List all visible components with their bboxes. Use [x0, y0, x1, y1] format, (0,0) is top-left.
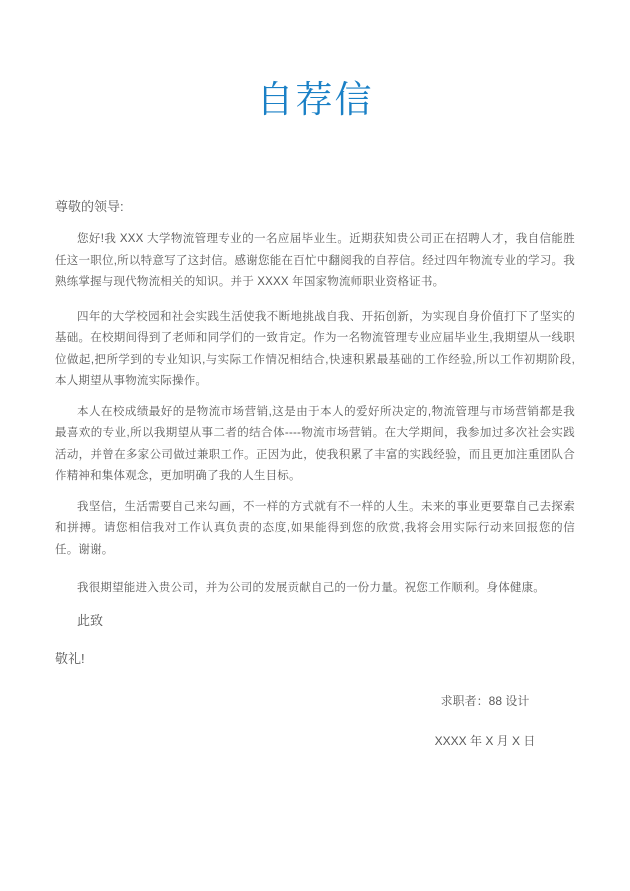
letter-paragraph-conviction: 我坚信，生活需要自己来勾画，不一样的方式就有不一样的人生。未来的事业更要靠自己去… [55, 497, 575, 562]
signature-date: XXXX 年 X 月 X 日 [395, 733, 575, 749]
letter-paragraph-marketing-strength: 本人在校成绩最好的是物流市场营销,这是由于本人的爱好所决定的,物流管理与市场营销… [55, 402, 575, 488]
letter-paragraph-wish: 我很期望能进入贵公司，并为公司的发展贡献自己的一份力量。祝您工作顺利。身体健康。 [55, 578, 575, 600]
letter-paragraph-intro: 您好!我 XXX 大学物流管理专业的一名应届毕业生。近期获知贵公司正在招聘人才，… [55, 229, 575, 294]
closing-respectfully: 此致 [55, 612, 575, 630]
closing-salute: 敬礼! [55, 650, 575, 668]
letter-paragraph-campus-experience: 四年的大学校园和社会实践生活使我不断地挑战自我、开拓创新，为实现自身价值打下了坚… [55, 307, 575, 393]
salutation: 尊敬的领导: [55, 198, 575, 216]
signature-block: 求职者：88 设计 XXXX 年 X 月 X 日 [395, 693, 575, 749]
letter-page: 自荐信 尊敬的领导: 您好!我 XXX 大学物流管理专业的一名应届毕业生。近期获… [0, 0, 630, 891]
signature-applicant: 求职者：88 设计 [395, 693, 575, 709]
letter-title: 自荐信 [55, 0, 575, 124]
